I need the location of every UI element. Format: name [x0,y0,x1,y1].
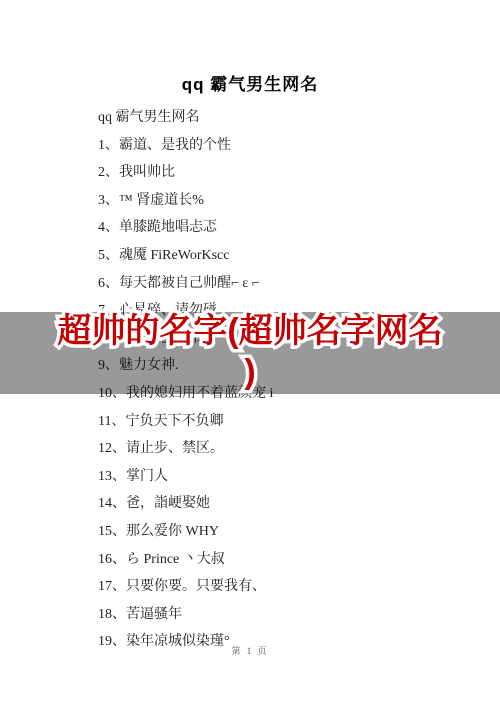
list-item: 18、苦逼骚年 [98,601,470,629]
list-item: 6、每天都被自己帅醒⌐ ε ⌐ [98,270,470,298]
page-title: qq 霸气男生网名 [0,70,500,95]
list-item: 3、™ 肾虚道长% [98,187,470,215]
list-item: 5、魂魇 FiReWorKscc [98,242,470,270]
list-item: 12、请止步、禁区。 [98,435,470,463]
page-number: 第 1 页 [0,644,500,657]
list-item: 9、魅力女神. [98,352,470,380]
list-item: 11、宁负天下不负卿 [98,408,470,436]
list-item: 16、ら Prince 丶大叔 [98,546,470,574]
list-intro: qq 霸气男生网名 [98,104,470,132]
list-item: 10、我的媳妇用不着蓝颜宠 i [98,380,470,408]
list-item: 8、劳资、蛮横爷们 [98,325,470,353]
list-item: 15、那么爱你 WHY [98,518,470,546]
list-item: 4、单膝跪地唱忐忑 [98,214,470,242]
list-item: 13、掌门人 [98,463,470,491]
list-item: 7、心易碎、请勿碰 [98,297,470,325]
list-item: 1、霸道、是我的个性 [98,132,470,160]
list-item: 14、爸，詣峺娶她 [98,490,470,518]
list-item: 2、我叫帅比 [98,159,470,187]
document-page[interactable]: qq 霸气男生网名 qq 霸气男生网名 1、霸道、是我的个性 2、我叫帅比 3、… [0,0,500,707]
name-list: qq 霸气男生网名 1、霸道、是我的个性 2、我叫帅比 3、™ 肾虚道长% 4、… [98,104,470,656]
list-item: 17、只要你要。只要我有、 [98,573,470,601]
